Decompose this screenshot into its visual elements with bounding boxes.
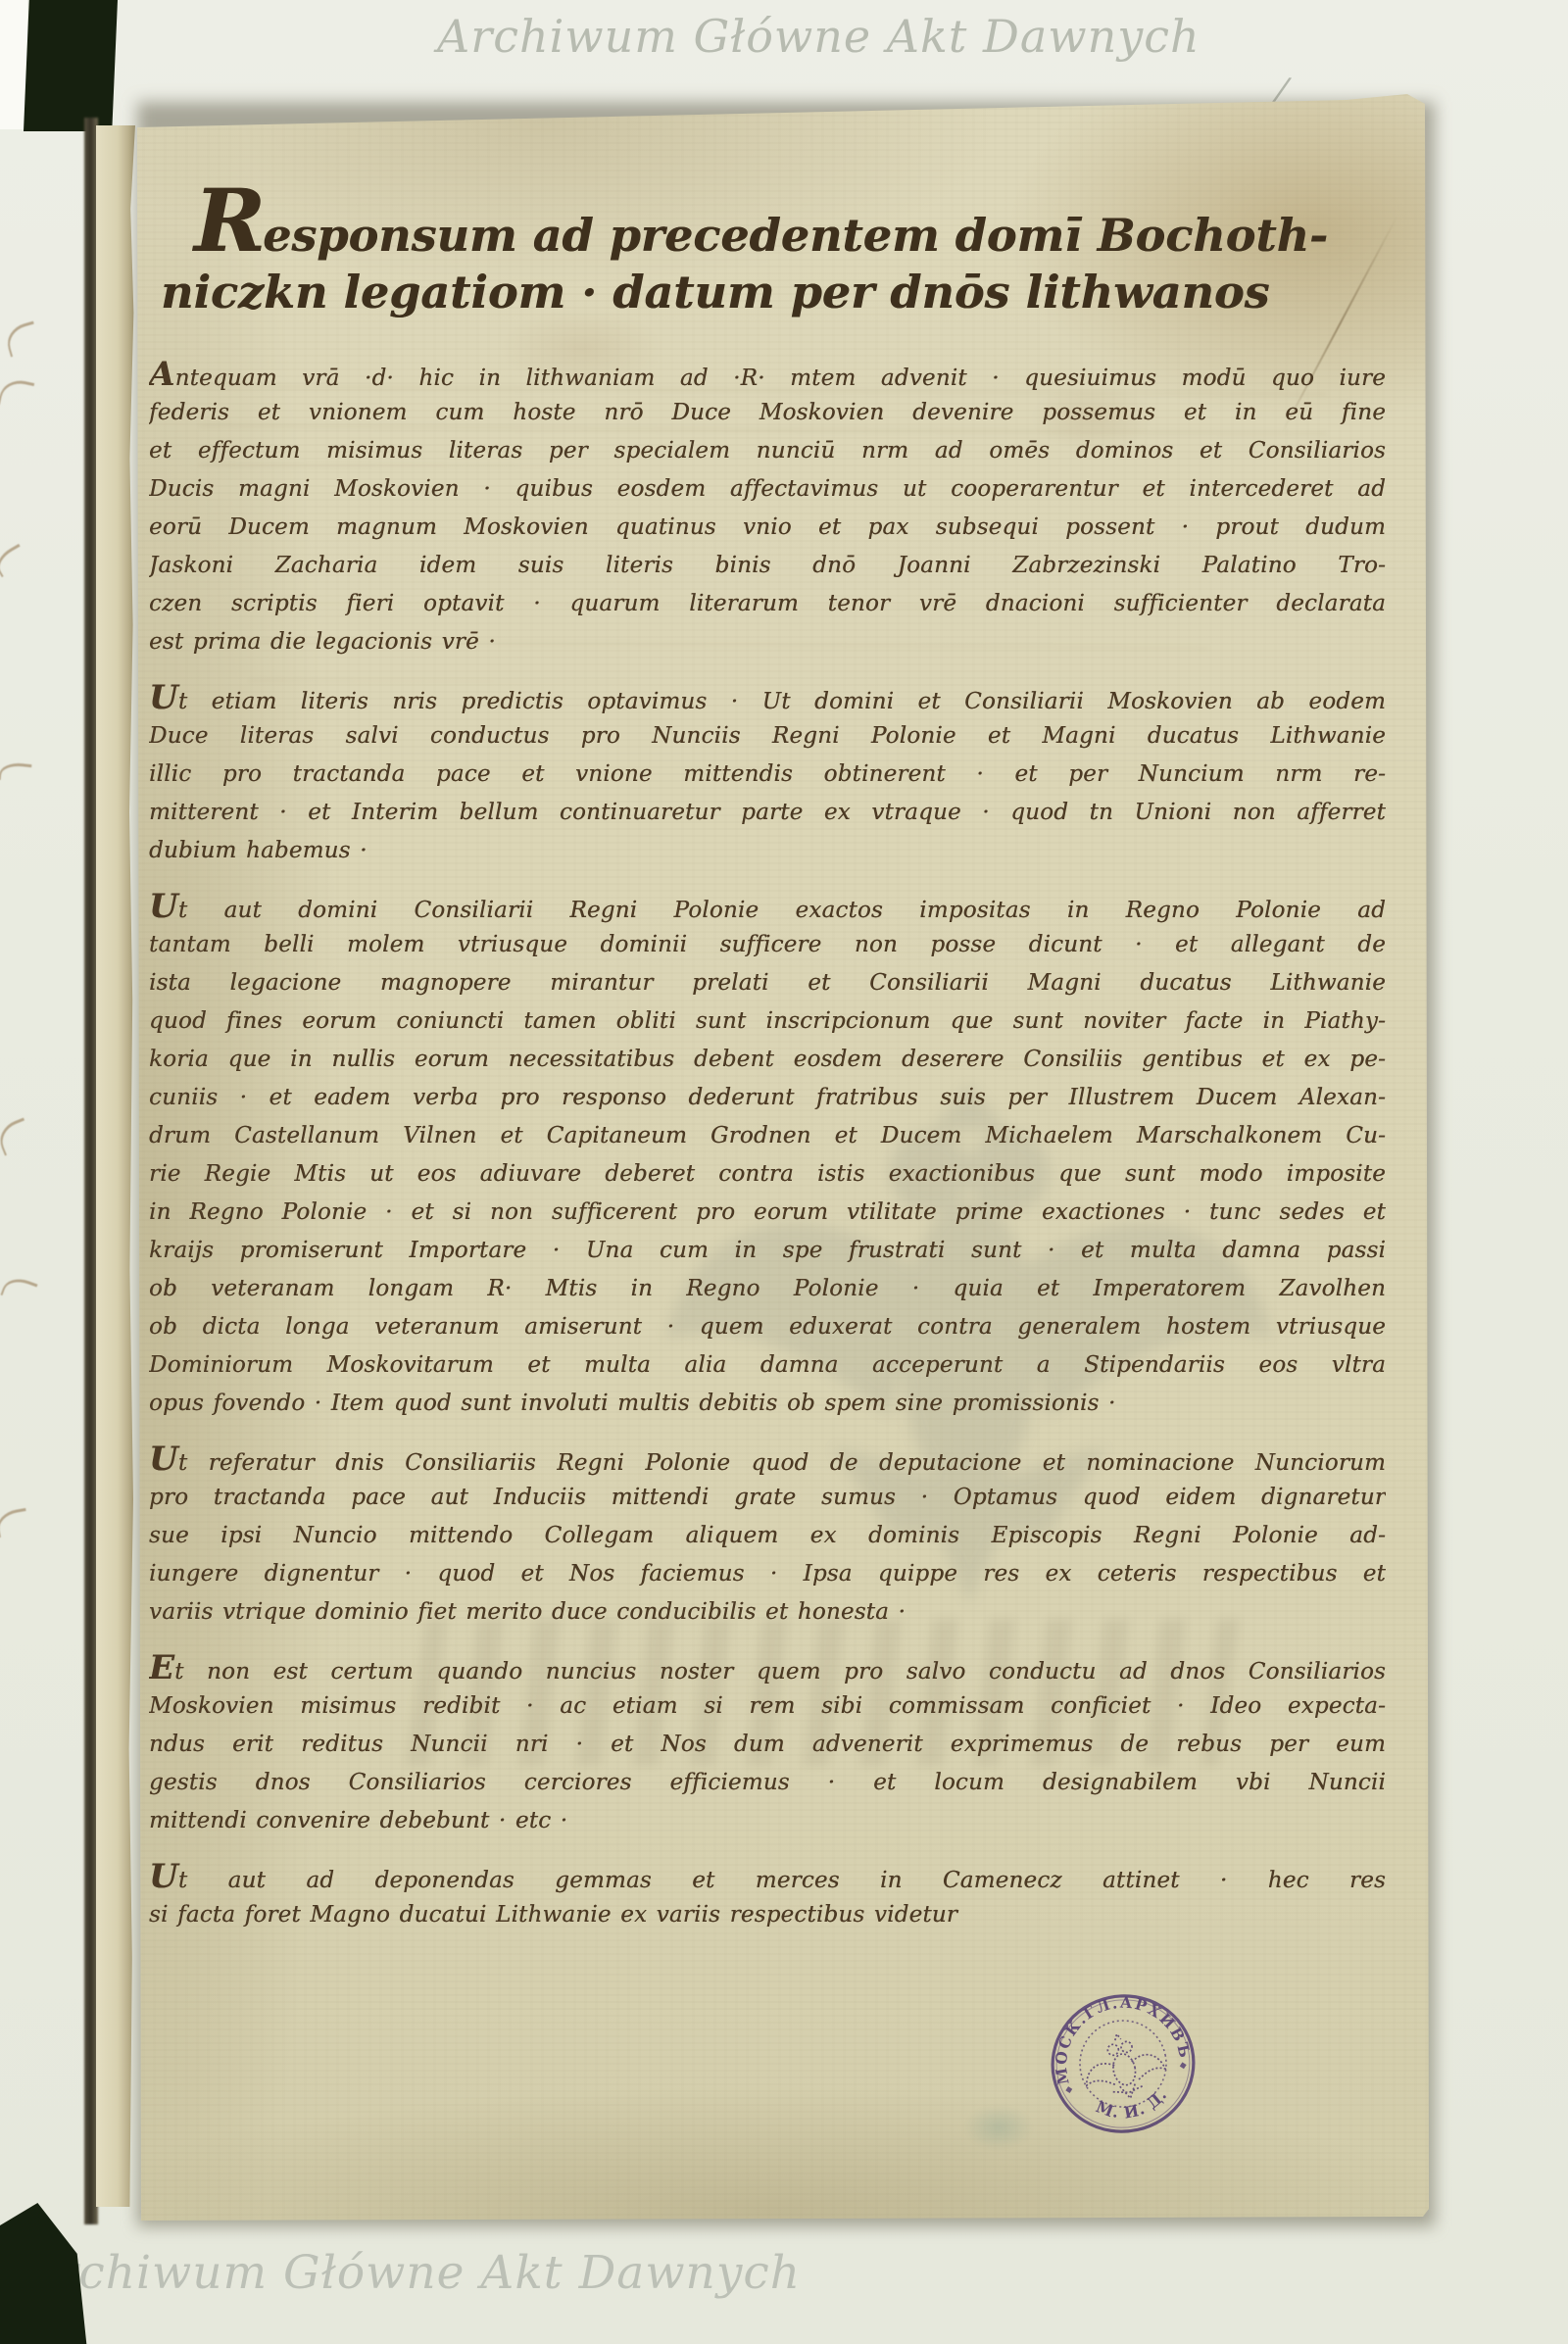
- manuscript-paragraph: Antequam vrā ·d· hic in lithwaniam ad ·R…: [149, 356, 1386, 661]
- manuscript-line: Ut etiam literis nris predictis optavimu…: [149, 679, 1386, 717]
- manuscript-line: Ducis magni Moskovien · quibus eosdem af…: [149, 470, 1386, 509]
- folio-number: 39: [1482, 221, 1544, 280]
- manuscript-line: mitterent · et Interim bellum continuare…: [149, 794, 1386, 832]
- manuscript-line: pro tractanda pace aut Induciis mittendi…: [149, 1479, 1386, 1517]
- manuscript-line: ndus erit reditus Nuncii nri · et Nos du…: [149, 1726, 1386, 1764]
- manuscript-line: Antequam vrā ·d· hic in lithwaniam ad ·R…: [149, 356, 1386, 394]
- manuscript-paragraph: Ut aut ad deponendas gemmas et merces in…: [149, 1858, 1386, 1934]
- manuscript-line: gestis dnos Consiliarios cerciores effic…: [149, 1764, 1386, 1802]
- manuscript-line: Ut aut domini Consiliarii Regni Polonie …: [149, 888, 1386, 926]
- manuscript-line: illic pro tractanda pace et vnione mitte…: [149, 756, 1386, 794]
- manuscript-line: Jaskoni Zacharia idem suis literis binis…: [149, 547, 1386, 585]
- manuscript-text: Responsum ad precedentem domī Bochoth- n…: [149, 192, 1386, 1952]
- heading-line: Responsum ad precedentem domī Bochoth-: [149, 192, 1386, 264]
- manuscript-line: dubium habemus ·: [149, 832, 1386, 870]
- manuscript-line: cuniis · et eadem verba pro responso ded…: [149, 1079, 1386, 1117]
- manuscript-scan: Archiwum Główne Akt Dawnych /: [0, 0, 1568, 2344]
- manuscript-paragraph: Ut etiam literis nris predictis optavimu…: [149, 679, 1386, 870]
- backing-corner: [0, 0, 27, 129]
- manuscript-line: et effectum misimus literas per speciale…: [149, 432, 1386, 470]
- manuscript-line: sue ipsi Nuncio mittendo Collegam alique…: [149, 1517, 1386, 1555]
- manuscript-body: Antequam vrā ·d· hic in lithwaniam ad ·R…: [149, 344, 1386, 1934]
- manuscript-line: czen scriptis fieri optavit · quarum lit…: [149, 585, 1386, 623]
- manuscript-line: ista legacione magnopere mirantur prelat…: [149, 964, 1386, 1002]
- heading-line: niczkn legatiom · datum per dnōs lithwan…: [149, 264, 1386, 320]
- manuscript-line: Dominiorum Moskovitarum et multa alia da…: [149, 1346, 1386, 1385]
- manuscript-line: est prima die legacionis vrē ·: [149, 623, 1386, 661]
- manuscript-line: kraijs promiserunt Importare · Una cum i…: [149, 1232, 1386, 1270]
- manuscript-line: ob veteranam longam R· Mtis in Regno Pol…: [149, 1270, 1386, 1308]
- manuscript-line: Ut aut ad deponendas gemmas et merces in…: [149, 1858, 1386, 1896]
- manuscript-line: Et non est certum quando nuncius noster …: [149, 1649, 1386, 1687]
- archive-watermark-bottom: Archiwum Główne Akt Dawnych: [22, 2246, 801, 2300]
- manuscript-line: Moskovien misimus redibit · ac etiam si …: [149, 1687, 1386, 1726]
- manuscript-line: mittendi convenire debebunt · etc ·: [149, 1802, 1386, 1840]
- svg-text:МОСК.ГЛ.АРХИВЪ: МОСК.ГЛ.АРХИВЪ: [1038, 1979, 1195, 2087]
- manuscript-line: Ut referatur dnis Consiliariis Regni Pol…: [149, 1441, 1386, 1479]
- gutter-shadow: [84, 118, 98, 2224]
- manuscript-line: rie Regie Mtis ut eos adiuvare deberet c…: [149, 1155, 1386, 1194]
- manuscript-heading: Responsum ad precedentem domī Bochoth- n…: [149, 192, 1386, 320]
- manuscript-line: in Regno Polonie · et si non sufficerent…: [149, 1194, 1386, 1232]
- archive-stamp: МОСК.ГЛ.АРХИВЪ М. И. Д.: [1023, 1964, 1223, 2164]
- manuscript-paragraph: Ut referatur dnis Consiliariis Regni Pol…: [149, 1441, 1386, 1632]
- manuscript-line: drum Castellanum Vilnen et Capitaneum Gr…: [149, 1117, 1386, 1155]
- manuscript-line: iungere dignentur · quod et Nos faciemus…: [149, 1555, 1386, 1593]
- stamp-top-text: МОСК.ГЛ.АРХИВЪ: [1038, 1979, 1195, 2087]
- archive-watermark-top: Archiwum Główne Akt Dawnych: [437, 10, 1200, 63]
- manuscript-line: ob dicta longa veteranum amiserunt · que…: [149, 1308, 1386, 1346]
- manuscript-line: variis vtrique dominio fiet merito duce …: [149, 1593, 1386, 1632]
- manuscript-line: eorū Ducem magnum Moskovien quatinus vni…: [149, 509, 1386, 547]
- manuscript-paragraph: Et non est certum quando nuncius noster …: [149, 1649, 1386, 1840]
- teal-stain: [964, 2105, 1033, 2150]
- binding-strip-top: [24, 0, 118, 131]
- manuscript-line: opus fovendo · Item quod sunt involuti m…: [149, 1385, 1386, 1423]
- torn-stub-edge: [96, 125, 135, 2207]
- facing-page-edge: [0, 123, 88, 2222]
- manuscript-line: quod fines eorum coniuncti tamen obliti …: [149, 1002, 1386, 1041]
- manuscript-line: tantam belli molem vtriusque dominii suf…: [149, 926, 1386, 964]
- manuscript-line: koria que in nullis eorum necessitatibus…: [149, 1041, 1386, 1079]
- manuscript-line: Duce literas salvi conductus pro Nunciis…: [149, 717, 1386, 756]
- manuscript-line: si facta foret Magno ducatui Lithwanie e…: [149, 1896, 1386, 1934]
- manuscript-line: federis et vnionem cum hoste nrō Duce Mo…: [149, 394, 1386, 432]
- manuscript-paragraph: Ut aut domini Consiliarii Regni Polonie …: [149, 888, 1386, 1423]
